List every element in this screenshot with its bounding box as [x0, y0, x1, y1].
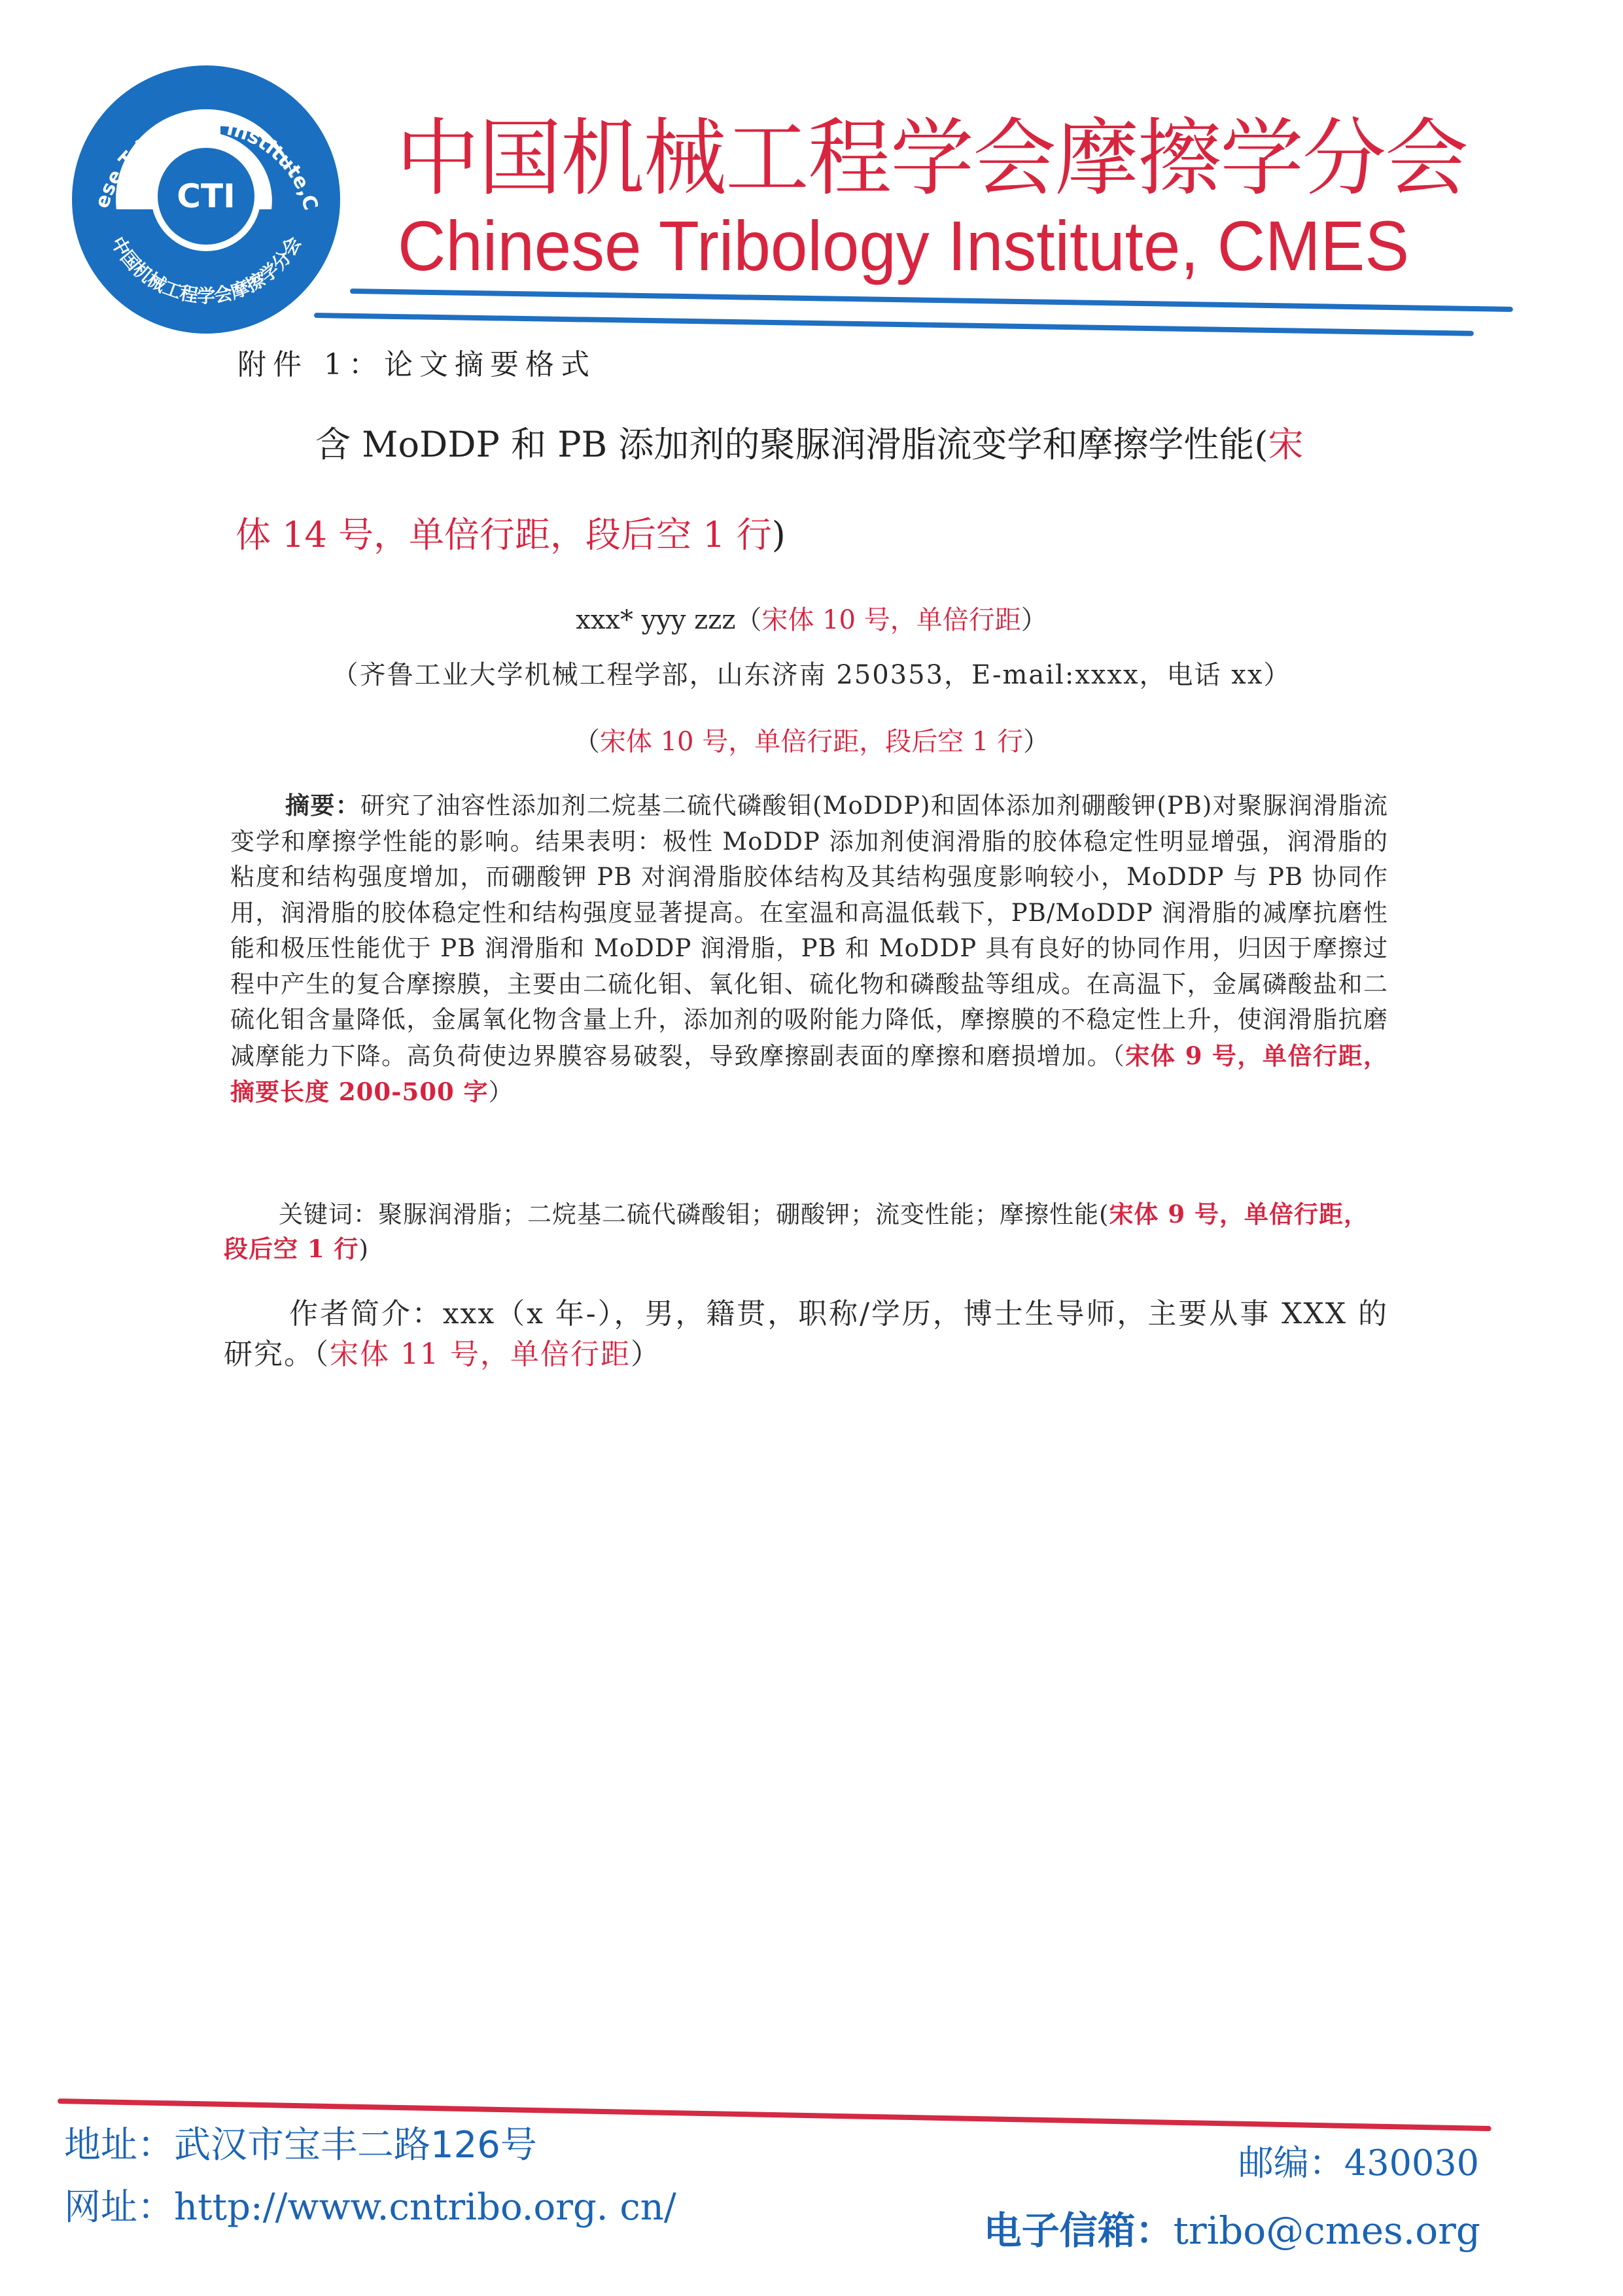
footer-email-label: 电子信箱：	[984, 2208, 1174, 2253]
keywords-paragraph: 关键词：聚脲润滑脂；二烷基二硫代磷酸钼；硼酸钾；流变性能；摩擦性能(宋体 9 号…	[224, 1197, 1388, 1266]
cti-logo: CTI 1979 Chinese Tribology Institute,CME…	[69, 62, 343, 337]
paper-title-close-paren: )	[772, 514, 786, 555]
bio-note-close-paren: ）	[631, 1338, 661, 1371]
paper-title-open-paren: (	[1254, 424, 1268, 465]
affil-note-open-paren: （	[574, 727, 600, 757]
footer-website-value: http://www.cntribo.org. cn/	[174, 2186, 676, 2229]
abstract-body: 研究了油容性添加剂二烷基二硫代磷酸钼(MoDDP)和固体添加剂硼酸钾(PB)对聚…	[230, 791, 1388, 1070]
paper-title-line1: 含 MoDDP 和 PB 添加剂的聚脲润滑脂流变学和摩擦学性能(宋	[315, 422, 1303, 468]
affiliation: （齐鲁工业大学机械工程学部，山东济南 250353，E-mail:xxxx，电话…	[0, 657, 1623, 693]
affil-note-text: 宋体 10 号，单倍行距，段后空 1 行	[600, 727, 1023, 757]
author-bio-format-note: 宋体 11 号，单倍行距	[330, 1338, 631, 1371]
logo-center-text: CTI	[177, 177, 235, 215]
author-line: xxx* yyy zzz（宋体 10 号，单倍行距）	[0, 602, 1623, 638]
paper-title-format-note-b: 体 14 号，单倍行距，段后空 1 行	[236, 514, 772, 555]
header-rule-bottom	[314, 313, 1474, 336]
header-title-cn: 中国机械工程学会摩擦学分会	[396, 110, 1467, 208]
header-title-en: Chinese Tribology Institute, CMES	[398, 208, 1409, 283]
author-close-paren: ）	[1021, 605, 1047, 635]
footer-address: 地址：武汉市宝丰二路126号	[64, 2123, 537, 2168]
paper-title-format-note-a: 宋	[1268, 424, 1303, 465]
keywords-note-close-paren: )	[359, 1235, 369, 1263]
author-format-note: 宋体 10 号，单倍行距	[761, 605, 1021, 635]
bio-note-open-paren: （	[314, 1338, 330, 1371]
footer-postcode: 邮编：430030	[1238, 2140, 1479, 2186]
author-bio-paragraph: 作者简介：xxx（x 年-），男，籍贯，职称/学历，博士生导师，主要从事 XXX…	[224, 1294, 1388, 1375]
keywords-note-open-paren: (	[1099, 1200, 1109, 1228]
abstract-note-open-paren: （	[1112, 1042, 1125, 1070]
paper-title-text: 含 MoDDP 和 PB 添加剂的聚脲润滑脂流变学和摩擦学性能	[315, 424, 1254, 465]
keywords-label: 关键词：	[279, 1200, 378, 1228]
header-rule-top	[350, 288, 1513, 312]
footer-address-label: 地址：	[64, 2124, 174, 2166]
author-open-paren: （	[735, 605, 761, 635]
author-names: xxx* yyy zzz	[576, 605, 735, 635]
footer-address-value: 武汉市宝丰二路126号	[174, 2124, 537, 2166]
keywords-body: 聚脲润滑脂；二烷基二硫代磷酸钼；硼酸钾；流变性能；摩擦性能	[378, 1200, 1099, 1228]
footer-website: 网址：http://www.cntribo.org. cn/	[64, 2185, 676, 2231]
footer-postcode-label: 邮编：	[1238, 2142, 1344, 2183]
paper-title-line2: 体 14 号，单倍行距，段后空 1 行)	[236, 512, 786, 558]
footer-email-value: tribo@cmes.org	[1174, 2208, 1480, 2253]
annex-label: 附件 1：论文摘要格式	[237, 345, 596, 385]
abstract-label: 摘要：	[285, 791, 360, 820]
affil-note-close-paren: ）	[1023, 727, 1049, 757]
abstract-note-close-paren: ）	[489, 1078, 514, 1106]
footer-website-label: 网址：	[64, 2186, 174, 2229]
footer-email: 电子信箱：tribo@cmes.org	[984, 2207, 1480, 2254]
footer-postcode-value: 430030	[1344, 2142, 1479, 2183]
affiliation-format-note: （宋体 10 号，单倍行距，段后空 1 行）	[0, 723, 1623, 760]
abstract-paragraph: 摘要：研究了油容性添加剂二烷基二硫代磷酸钼(MoDDP)和固体添加剂硼酸钾(PB…	[230, 788, 1388, 1111]
